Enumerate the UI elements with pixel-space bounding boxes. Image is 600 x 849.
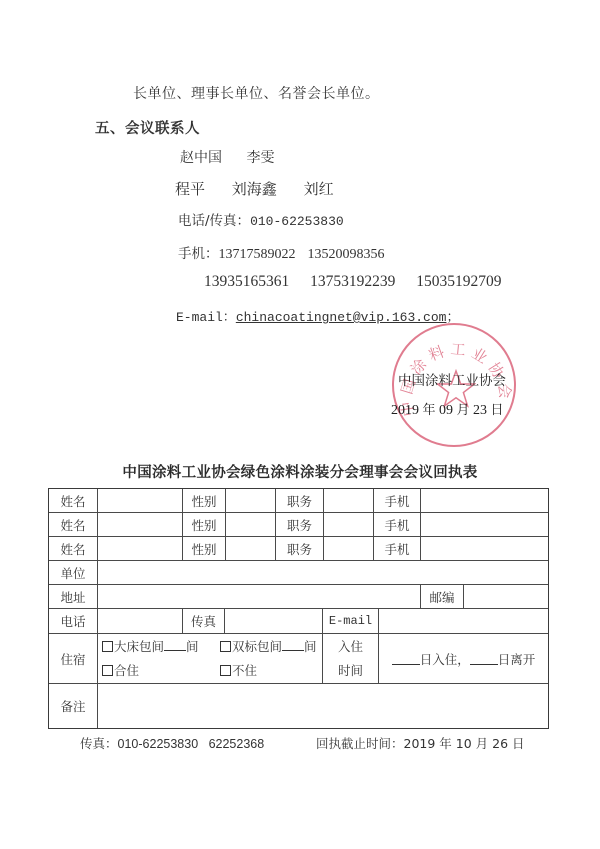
- unit-label: 单位: [48, 560, 98, 585]
- email-label: E-mail：: [176, 310, 236, 325]
- email-label: E-mail: [322, 608, 379, 634]
- tel-label: 电话: [48, 608, 98, 634]
- date-day: 23: [473, 403, 487, 418]
- email-line: E-mail：chinacoatingnet@vip.163.com；: [176, 306, 459, 325]
- option-king-room[interactable]: 大床包间间: [102, 635, 220, 659]
- fax-field[interactable]: [224, 608, 323, 634]
- position-label-1: 职务: [275, 488, 324, 513]
- checkin-time-label: 入住 时间: [322, 633, 379, 684]
- name-label-1: 姓名: [48, 488, 98, 513]
- fax-label: 传真: [182, 608, 225, 634]
- mobile-label-2: 手机: [373, 512, 421, 537]
- email-field[interactable]: [378, 608, 549, 634]
- mobile-field-1[interactable]: [420, 488, 549, 513]
- checkin-in-text: 日入住，: [420, 650, 470, 668]
- footer-fax-numbers: 010-62253830 62252368: [118, 737, 265, 751]
- name-field-3[interactable]: [97, 536, 183, 561]
- checkout-text: 日离开: [498, 650, 536, 668]
- date-day-unit: 日: [491, 403, 504, 418]
- name-label-2: 姓名: [48, 512, 98, 537]
- contact-name: 李雯: [246, 150, 274, 166]
- date-month-unit: 月: [457, 403, 470, 418]
- date-year-unit: 年: [423, 403, 436, 418]
- form-title: 中国涂料工业协会绿色涂料涂装分会理事会会议回执表: [0, 461, 600, 482]
- contact-name: 刘海鑫: [232, 180, 277, 198]
- mobile-label-3: 手机: [373, 536, 421, 561]
- room-count-blank[interactable]: [164, 638, 186, 651]
- room-count-blank[interactable]: [282, 638, 304, 651]
- mobile-label-1: 手机: [373, 488, 421, 513]
- lodging-options: 大床包间间双标包间间 合住不住: [97, 633, 323, 684]
- checkbox-icon[interactable]: [220, 641, 231, 652]
- continued-line: 长单位、理事长单位、名誉会长单位。: [133, 83, 380, 103]
- address-label: 地址: [48, 584, 98, 609]
- deadline-label: 回执截止时间：: [316, 736, 404, 751]
- checkin-label-line1: 入住: [338, 635, 363, 659]
- email-link[interactable]: chinacoatingnet@vip.163.com: [236, 310, 447, 325]
- mobile-field-2[interactable]: [420, 512, 549, 537]
- name-label-3: 姓名: [48, 536, 98, 561]
- option-twin-room[interactable]: 双标包间间: [220, 635, 317, 659]
- position-field-1[interactable]: [323, 488, 374, 513]
- postcode-label: 邮编: [420, 584, 464, 609]
- mobile-line-2: 13935165361 13753192239 15035192709: [204, 273, 519, 291]
- phone-fax-line: 电话/传真：010-62253830: [178, 209, 344, 229]
- position-field-2[interactable]: [323, 512, 374, 537]
- position-field-3[interactable]: [323, 536, 374, 561]
- postcode-field[interactable]: [463, 584, 549, 609]
- signing-organization: 中国涂料工业协会: [398, 369, 506, 389]
- position-label-3: 职务: [275, 536, 324, 561]
- contact-name: 刘红: [304, 180, 334, 198]
- date-year: 2019: [391, 403, 419, 418]
- contact-name: 赵中国: [180, 150, 222, 166]
- tel-field[interactable]: [97, 608, 183, 634]
- gender-field-2[interactable]: [225, 512, 276, 537]
- mobile-number: 15035192709: [416, 273, 501, 290]
- signing-date: 2019 年 09 月 23 日: [391, 399, 504, 419]
- gender-field-1[interactable]: [225, 488, 276, 513]
- shared-label: 合住: [114, 659, 139, 683]
- checkbox-icon[interactable]: [102, 665, 113, 676]
- option-shared[interactable]: 合住: [102, 659, 220, 683]
- remarks-field[interactable]: [97, 683, 549, 729]
- checkin-label-line2: 时间: [338, 659, 363, 683]
- option-no-stay[interactable]: 不住: [220, 659, 257, 683]
- unit-field[interactable]: [97, 560, 549, 585]
- no-stay-label: 不住: [232, 659, 257, 683]
- king-room-label: 大床包间: [114, 635, 164, 659]
- mobile-number: 13753192239: [310, 273, 395, 290]
- room-unit: 间: [304, 635, 317, 659]
- twin-room-label: 双标包间: [232, 635, 282, 659]
- lodging-label: 住宿: [48, 633, 98, 684]
- section-heading: 五、会议联系人: [95, 117, 200, 138]
- checkbox-icon[interactable]: [220, 665, 231, 676]
- deadline-value: 2019 年 10 月 26 日: [404, 736, 525, 751]
- address-field[interactable]: [97, 584, 421, 609]
- mobile-number: 13935165361: [204, 273, 289, 290]
- gender-label-1: 性别: [182, 488, 226, 513]
- phone-label: 电话/传真：: [178, 213, 250, 229]
- position-label-2: 职务: [275, 512, 324, 537]
- room-unit: 间: [186, 635, 199, 659]
- remarks-label: 备注: [48, 683, 98, 729]
- gender-label-2: 性别: [182, 512, 226, 537]
- contacts-row-2: 程平 刘海鑫 刘红: [175, 178, 356, 199]
- mobile-label: 手机：: [178, 246, 219, 262]
- mobile-number: 13520098356: [308, 247, 385, 262]
- phone-value: 010-62253830: [250, 214, 344, 229]
- name-field-2[interactable]: [97, 512, 183, 537]
- footer-fax: 传真：010-62253830 62252368: [80, 734, 264, 752]
- mobile-field-3[interactable]: [420, 536, 549, 561]
- name-field-1[interactable]: [97, 488, 183, 513]
- checkout-day-blank[interactable]: [470, 652, 498, 665]
- checkin-day-blank[interactable]: [392, 652, 420, 665]
- mobile-line-1: 手机：1371758902213520098356: [178, 242, 397, 263]
- footer-fax-label: 传真：: [80, 736, 118, 751]
- contact-name: 程平: [175, 180, 205, 198]
- checkin-time-field: 日入住，日离开: [378, 633, 549, 684]
- gender-label-3: 性别: [182, 536, 226, 561]
- gender-field-3[interactable]: [225, 536, 276, 561]
- footer-deadline: 回执截止时间：2019 年 10 月 26 日: [316, 734, 525, 752]
- mobile-number: 13717589022: [219, 247, 296, 262]
- checkbox-icon[interactable]: [102, 641, 113, 652]
- contacts-row-1: 赵中国 李雯: [180, 147, 294, 167]
- date-month: 09: [439, 403, 453, 418]
